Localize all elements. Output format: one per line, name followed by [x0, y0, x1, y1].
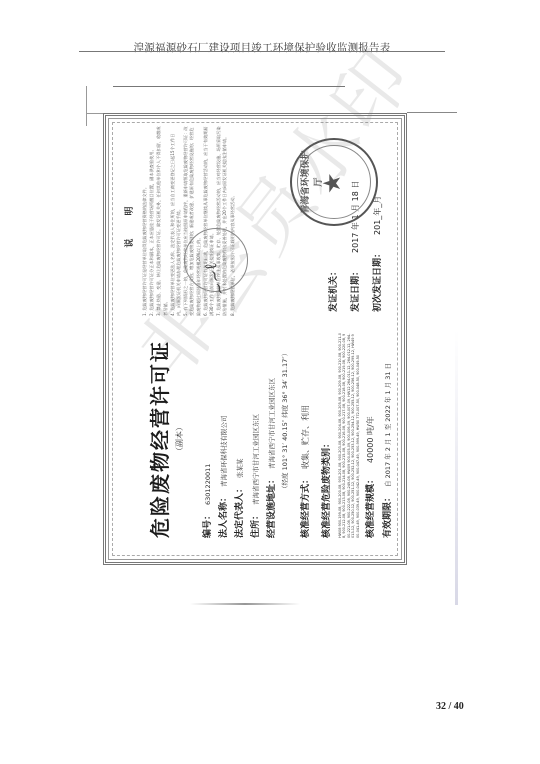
note-item: 1. 危险废物经营许可证是经营单位取得危险废物经营资格的法律文件。: [142, 126, 148, 316]
scanned-certificate-image: 危险废物经营许可证 （副本） 编号：6301220011 法人名称：青海省环保科…: [103, 113, 407, 565]
certificate-notes-panel: 说 明 1. 危险废物经营许可证是经营单位取得危险废物经营资格的法律文件。 2.…: [114, 122, 398, 322]
field-legal-name: 法人名称：青海省环保科技有限公司: [216, 415, 229, 538]
page-header-title: 湟源福源砂石厂建设项目竣工环境保护验收监测报告表: [79, 40, 445, 55]
field-number: 编号：6301220011: [200, 464, 213, 538]
field-coordinates: （经度 101° 31′ 40.15″ 纬度 36° 34′ 31.17″）: [280, 350, 290, 492]
field-operation-mode: 核准经营方式：收集、贮存、利用: [298, 405, 311, 538]
field-label: 住所：: [251, 511, 261, 538]
scan-shadow: [190, 603, 300, 605]
stamp-text: 青海省环境保护厅: [298, 148, 324, 216]
scan-edge-line: [407, 112, 457, 113]
note-item: 3. 禁止伪造、变造、转让危险废物经营许可证。除发证机关外，任何其他单位和个人不…: [156, 126, 168, 316]
field-label: 法定代表人：: [235, 484, 245, 538]
scan-edge-line: [86, 113, 104, 114]
field-label: 有效期限：: [383, 493, 393, 538]
field-representative: 法定代表人：张某某: [232, 458, 245, 538]
official-seal-stamp: 青海省环境保护厅 ★: [290, 138, 378, 226]
hazardous-waste-permit: 危险废物经营许可证 （副本） 编号：6301220011 法人名称：青海省环保科…: [103, 113, 407, 565]
field-first-issue-date: 初次发证日期：201_年_月: [370, 196, 383, 312]
field-value: 40000 吨/年: [366, 416, 375, 463]
scan-edge-line: [86, 86, 87, 126]
field-value: 张某某: [236, 458, 244, 478]
note-item: 2. 危险废物经营许可证分正本和副本，正本应悬挂于经营场所醒目位置，副本供查验使…: [149, 126, 155, 316]
field-label: 核准经营规模：: [366, 475, 376, 538]
header-rule: [79, 51, 445, 52]
field-value: 青海省西宁市甘河工业园区东区: [252, 414, 260, 505]
field-value: 青海省西宁市甘河工业园区东区: [268, 378, 276, 469]
field-address: 住所：青海省西宁市甘河工业园区东区: [248, 414, 261, 538]
note-item: 4. 危险废物经营单位变更法人名称、法定代表人和住所的，应当自工商变更登记之日起…: [170, 126, 182, 316]
field-issuing-authority: 发证机关：: [326, 253, 339, 312]
certificate-title: 危险废物经营许可证: [144, 326, 173, 552]
field-value: （经度 101° 31′ 40.15″ 纬度 36° 34′ 31.17″）: [281, 350, 289, 492]
field-facility-address: 经营设施地址：青海省西宁市甘河工业园区东区: [264, 378, 277, 538]
field-value: 自 2017 年 2 月 1 至 2022 年 1 月 31 日: [384, 363, 392, 487]
scan-edge-line: [113, 86, 345, 87]
field-waste-categories: 核准经营危险废物类别：: [319, 439, 332, 538]
field-value: 201_年_月: [373, 196, 382, 235]
field-label: 编号：: [203, 511, 213, 538]
field-value: 6301220011: [204, 464, 212, 505]
field-label: 初次发证日期：: [373, 249, 383, 312]
field-label: 发证日期：: [351, 267, 361, 312]
notes-title: 说 明: [122, 122, 135, 322]
waste-category-list: HW08 900-199-08, 900-200-08, 900-201-08,…: [338, 333, 360, 538]
certificate-subtitle: （副本）: [174, 326, 185, 552]
star-icon: ★: [318, 172, 346, 194]
page-number: 32 / 40: [436, 701, 464, 712]
field-label: 发证机关：: [329, 267, 339, 312]
field-scale: 核准经营规模：40000 吨/年: [363, 416, 376, 538]
field-validity: 有效期限：自 2017 年 2 月 1 至 2022 年 1 月 31 日: [380, 363, 393, 538]
field-value: 青海省环保科技有限公司: [220, 415, 228, 487]
certificate-main-panel: 危险废物经营许可证 （副本） 编号：6301220011 法人名称：青海省环保科…: [114, 326, 398, 552]
field-label: 核准经营方式：: [301, 475, 311, 538]
field-label: 经营设施地址：: [267, 475, 277, 538]
field-label: 法人名称：: [219, 493, 229, 538]
scan-shadow: [455, 330, 458, 605]
field-label: 核准经营危险废物类别：: [322, 439, 332, 538]
field-value: 收集、贮存、利用: [301, 405, 310, 469]
